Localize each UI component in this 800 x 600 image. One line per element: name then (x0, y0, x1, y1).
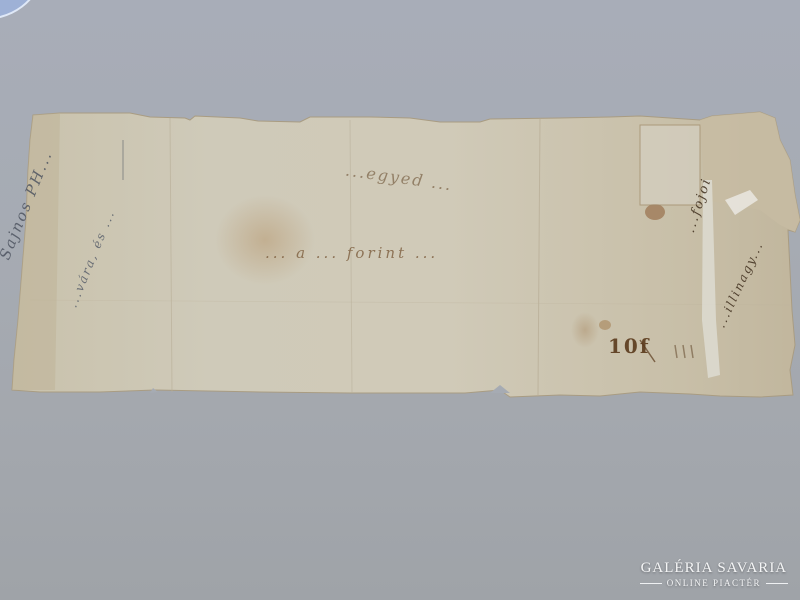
watermark-title: GALÉRIA SAVARIA (640, 560, 788, 577)
watermark-rule-right (766, 583, 788, 584)
watermark-subtitle-row: ONLINE PIACTÉR (640, 578, 788, 588)
watermark-subtitle: ONLINE PIACTÉR (667, 578, 761, 588)
ink-line-2: ... a ... forint ... (265, 244, 438, 262)
amount-marking: 10f (608, 334, 650, 358)
aged-document (0, 0, 800, 600)
watermark-rule-left (640, 583, 662, 584)
watermark: GALÉRIA SAVARIA ONLINE PIACTÉR (640, 560, 788, 588)
photo-background: Sajnos PH... ...vára, és ... ...egyed ..… (0, 0, 800, 600)
